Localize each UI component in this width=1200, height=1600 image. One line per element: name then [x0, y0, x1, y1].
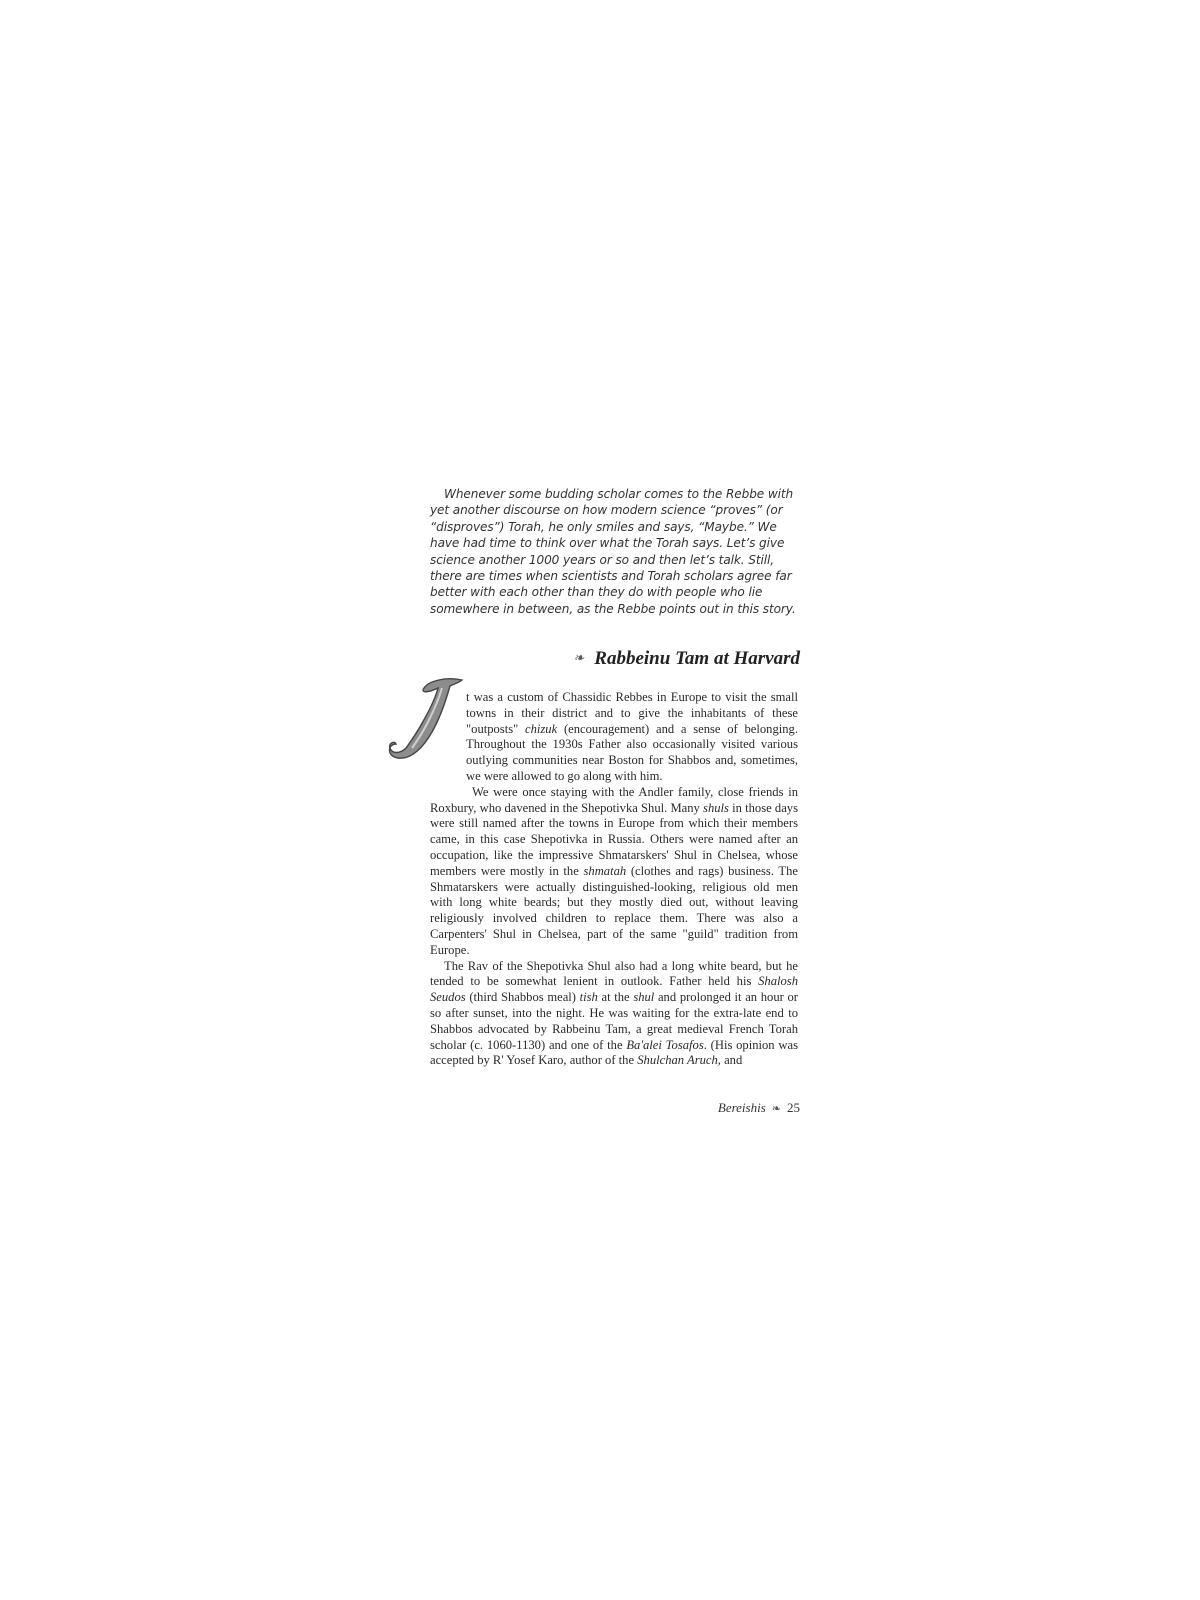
paragraph-3: The Rav of the Shepotivka Shul also had … [430, 959, 798, 1070]
page-number: 25 [787, 1100, 800, 1115]
body-text: t was a custom of Chassidic Rebbes in Eu… [430, 690, 798, 1069]
italic-term: tish [580, 990, 598, 1004]
drop-cap-letter-icon [384, 674, 474, 764]
section-title: Rabbeinu Tam at Harvard [594, 648, 800, 669]
book-page: Whenever some budding scholar comes to t… [0, 0, 1200, 1600]
text-run: The Rav of the Shepotivka Shul also had … [430, 959, 798, 989]
section-heading: ❧Rabbeinu Tam at Harvard [430, 648, 800, 670]
italic-term: chizuk [525, 722, 557, 736]
paragraph-1: t was a custom of Chassidic Rebbes in Eu… [430, 690, 798, 785]
running-footer-book-title: Bereishis [718, 1100, 766, 1115]
italic-term: shmatah [584, 864, 627, 878]
text-run: (third Shabbos meal) [466, 990, 580, 1004]
page-footer: Bereishis❧25 [600, 1100, 800, 1116]
ornament-leaf-icon: ❧ [772, 1103, 781, 1115]
intro-paragraph: Whenever some budding scholar comes to t… [430, 486, 798, 617]
paragraph-2: We were once staying with the Andler fam… [430, 785, 798, 959]
italic-term: Shulchan Aruch [637, 1053, 718, 1067]
text-run: , and [718, 1053, 742, 1067]
ornament-leaf-icon: ❧ [573, 650, 584, 665]
italic-term: shul [633, 990, 654, 1004]
dropcap-spacer [430, 774, 458, 790]
text-run: at the [598, 990, 633, 1004]
drop-cap [384, 674, 466, 758]
italic-term: shuls [703, 801, 729, 815]
italic-term: Ba'alei Tosafos [626, 1038, 703, 1052]
